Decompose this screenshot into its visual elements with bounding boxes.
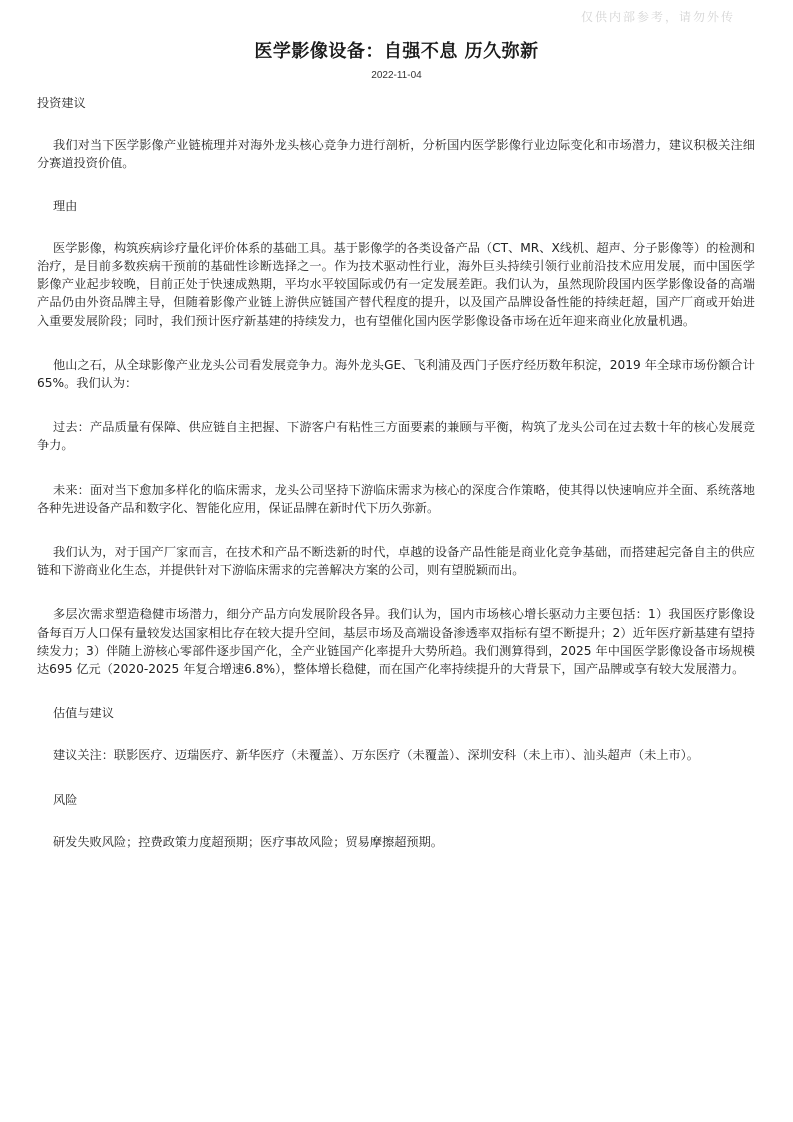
- paragraph: 建议关注：联影医疗、迈瑞医疗、新华医疗（未覆盖）、万东医疗（未覆盖）、深圳安科（…: [37, 746, 755, 764]
- paragraph: 他山之石，从全球影像产业龙头公司看发展竞争力。海外龙头GE、飞利浦及西门子医疗经…: [37, 356, 755, 392]
- paragraph: 我们认为，对于国产厂家而言，在技术和产品不断迭新的时代，卓越的设备产品性能是商业…: [37, 543, 755, 579]
- section-heading-reasons: 理由: [37, 197, 755, 215]
- document-body: 投资建议 我们对当下医学影像产业链梳理并对海外龙头核心竞争力进行剖析，分析国内医…: [37, 94, 755, 851]
- paragraph: 我们对当下医学影像产业链梳理并对海外龙头核心竞争力进行剖析，分析国内医学影像行业…: [37, 136, 755, 172]
- paragraph: 过去：产品质量有保障、供应链自主把握、下游客户有粘性三方面要素的兼顾与平衡，构筑…: [37, 418, 755, 454]
- watermark: 仅供内部参考，请勿外传: [581, 8, 735, 25]
- section-heading-risks: 风险: [37, 791, 755, 809]
- paragraph: 医学影像，构筑疾病诊疗量化评价体系的基础工具。基于影像学的各类设备产品（CT、M…: [37, 239, 755, 330]
- paragraph: 研发失败风险；控费政策力度超预期；医疗事故风险；贸易摩擦超预期。: [37, 833, 755, 851]
- paragraph: 未来：面对当下愈加多样化的临床需求，龙头公司坚持下游临床需求为核心的深度合作策略…: [37, 481, 755, 517]
- document-date: 2022-11-04: [0, 70, 793, 81]
- document-title: 医学影像设备：自强不息 历久弥新: [0, 37, 793, 63]
- paragraph: 多层次需求塑造稳健市场潜力，细分产品方向发展阶段各异。我们认为，国内市场核心增长…: [37, 605, 755, 678]
- section-heading-investment-advice: 投资建议: [37, 94, 755, 112]
- section-heading-valuation: 估值与建议: [37, 704, 755, 722]
